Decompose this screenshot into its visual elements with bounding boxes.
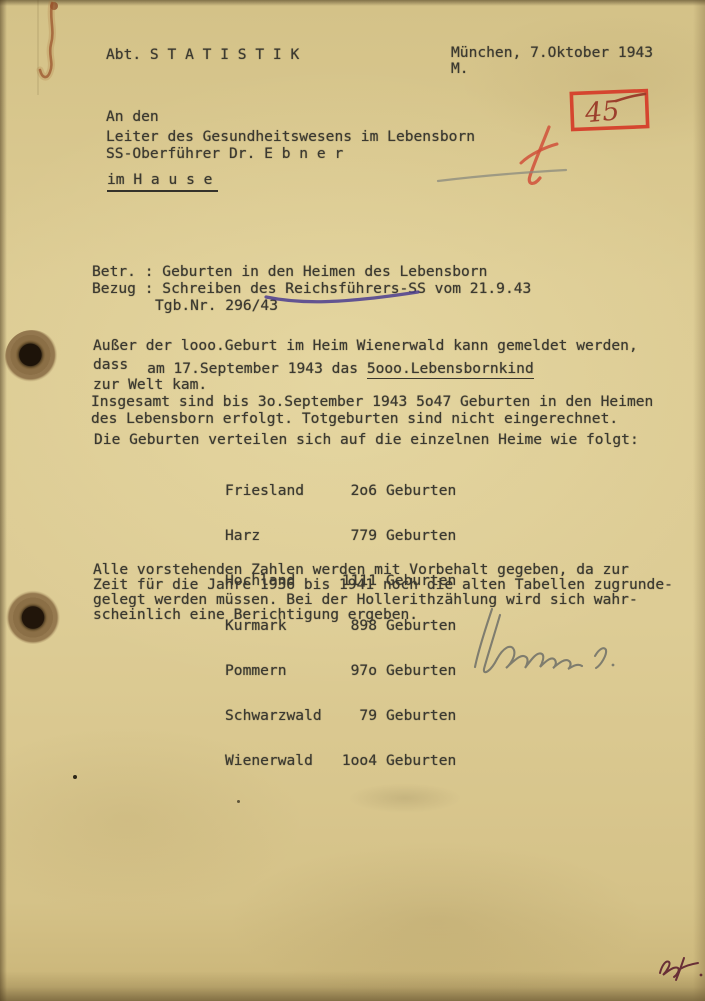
body-p4-line1: Alle vorstehenden Zahlen werden mit Vorb… bbox=[93, 562, 629, 577]
home-name: Friesland bbox=[225, 483, 327, 498]
subject-tgb: Tgb.Nr. 296/43 bbox=[155, 298, 278, 313]
recipient-line2: SS-Oberführer Dr. E b n e r bbox=[106, 146, 343, 161]
recipient-internal: im H a u s e bbox=[107, 172, 218, 187]
subject-bezug: Bezug : Schreiben des Reichsführers-SS v… bbox=[92, 281, 531, 296]
corner-initials bbox=[660, 958, 702, 980]
birth-count: 779 bbox=[327, 528, 377, 543]
home-name: Pommern bbox=[225, 663, 327, 678]
body-p4-line3: gelegt werden müssen. Bei der Hollerithz… bbox=[93, 592, 638, 607]
body-p1-line1: Außer der looo.Geburt im Heim Wienerwald… bbox=[93, 338, 638, 353]
department-label: Abt. S T A T I S T I K bbox=[106, 47, 299, 62]
rust-stain bbox=[40, 3, 52, 77]
red-tally-mark bbox=[521, 144, 557, 163]
recipient-line1: Leiter des Gesundheitswesens im Lebensbo… bbox=[106, 129, 475, 144]
table-row: Harz779Geburten bbox=[225, 528, 456, 543]
unit-label: Geburten bbox=[386, 527, 456, 544]
underlined-5000-lebensbornkind: 5ooo.Lebensbornkind bbox=[367, 360, 534, 379]
body-p3: Die Geburten verteilen sich auf die einz… bbox=[94, 432, 639, 447]
stamp-number-dash bbox=[616, 94, 645, 101]
punch-hole-top bbox=[5, 330, 59, 384]
paper-crease bbox=[37, 0, 39, 95]
body-p1-line2: dassam 17.September 1943 das 5ooo.Lebens… bbox=[93, 361, 534, 376]
body-word-dass: dass bbox=[93, 357, 128, 372]
table-row: Wienerwald1oo4Geburten bbox=[225, 753, 456, 768]
pencil-dash bbox=[438, 170, 566, 181]
subject-betr: Betr. : Geburten in den Heimen des Leben… bbox=[92, 264, 487, 279]
body-p4-line2: Zeit für die Jahre 1936 bis 1941 noch di… bbox=[93, 577, 673, 592]
table-row: Pommern97oGeburten bbox=[225, 663, 456, 678]
recipient-salutation: An den bbox=[106, 109, 159, 124]
punch-hole-bottom bbox=[6, 590, 60, 644]
body-p2-line1: Insgesamt sind bis 3o.September 1943 5o4… bbox=[91, 394, 653, 409]
ink-speck bbox=[237, 800, 240, 803]
ink-speck bbox=[73, 775, 77, 779]
unit-label: Geburten bbox=[386, 707, 456, 724]
stamp-number: 45 bbox=[583, 95, 621, 129]
birth-count: 79 bbox=[327, 708, 377, 723]
births-table: Friesland2o6Geburten Harz779Geburten Hoc… bbox=[225, 453, 456, 798]
table-row: Schwarzwald79Geburten bbox=[225, 708, 456, 723]
unit-label: Geburten bbox=[386, 482, 456, 499]
table-row: Friesland2o6Geburten bbox=[225, 483, 456, 498]
sender-initial: M. bbox=[451, 61, 469, 76]
birth-count: 2o6 bbox=[327, 483, 377, 498]
handwritten-signature bbox=[475, 609, 614, 672]
body-p2-line2: des Lebensborn erfolgt. Totgeburten sind… bbox=[91, 411, 618, 426]
body-p4-line4: scheinlich eine Berichtigung ergeben. bbox=[93, 607, 418, 622]
birth-count: 97o bbox=[327, 663, 377, 678]
place-date: München, 7.Oktober 1943 bbox=[451, 45, 653, 60]
home-name: Harz bbox=[225, 528, 327, 543]
unit-label: Geburten bbox=[386, 752, 456, 769]
body-p1-line3: zur Welt kam. bbox=[93, 377, 207, 392]
rust-stain bbox=[40, 3, 52, 77]
home-name: Wienerwald bbox=[225, 753, 327, 768]
birth-count: 1oo4 bbox=[327, 753, 377, 768]
letter-document: Abt. S T A T I S T I K München, 7.Oktobe… bbox=[0, 0, 705, 1001]
stamp-box-border bbox=[571, 91, 647, 130]
unit-label: Geburten bbox=[386, 662, 456, 679]
red-tally-mark bbox=[529, 127, 549, 183]
rust-stain bbox=[50, 2, 58, 10]
home-name: Schwarzwald bbox=[225, 708, 327, 723]
stamp-box bbox=[571, 91, 647, 130]
